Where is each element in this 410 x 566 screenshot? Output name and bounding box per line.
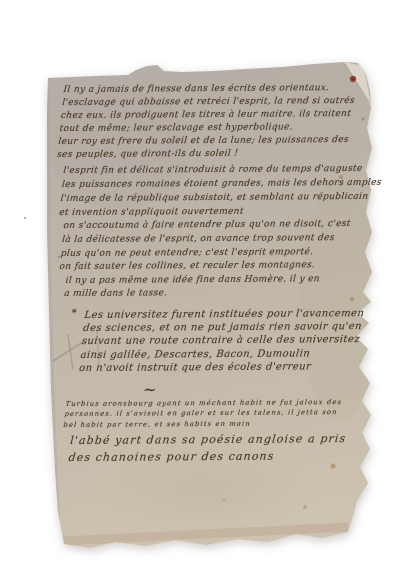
manuscript-line: bel habit par terre, et ses habits en ma… bbox=[63, 418, 341, 430]
tilde-separator: ~ bbox=[142, 380, 157, 399]
manuscript-line: des chanoines pour des canons bbox=[68, 448, 346, 466]
manuscript-paragraph-delicatesse: on s'accoutuma à faire entendre plus qu'… bbox=[59, 218, 352, 275]
manuscript-line: il ny a pas même une idée fine dans Homè… bbox=[65, 273, 321, 288]
manuscript-paragraph-rome: l'esprit fin et délicat s'introduisit à … bbox=[59, 162, 384, 220]
manuscript-line: on n'avoit instruit que des écoles d'err… bbox=[79, 360, 360, 375]
manuscript-line: l'abbé yart dans sa poésie angloise a pr… bbox=[69, 431, 347, 449]
manuscript-photograph: Il ny a jamais de finesse dans les écrit… bbox=[0, 0, 410, 566]
stain-spot bbox=[330, 463, 335, 468]
manuscript-paragraph-yart: l'abbé yart dans sa poésie angloise a pr… bbox=[68, 431, 347, 466]
stain-spot bbox=[362, 118, 365, 121]
manuscript-paragraph-orientaux: Il ny a jamais de finesse dans les écrit… bbox=[56, 82, 356, 163]
wax-seal-spot-core bbox=[352, 78, 355, 81]
stain-spot bbox=[223, 499, 226, 502]
manuscript-paragraph-homere: il ny a pas même une idée fine dans Homè… bbox=[63, 273, 320, 301]
manuscript-paragraph-universites: Les universitez furent instituées pour l… bbox=[79, 307, 365, 375]
manuscript-paragraph-turbius: Turbius aronsbourg ayant un méchant habi… bbox=[63, 397, 343, 430]
manuscript-line: a mille dans le tasse. bbox=[63, 286, 319, 301]
asterisk-marker: * bbox=[71, 308, 77, 319]
background-speck bbox=[24, 217, 26, 219]
manuscript-line: ses peuples, que diront-ils du soleil ! bbox=[56, 147, 350, 162]
manuscript-line: chez eux. ils prodiguent les titres à le… bbox=[60, 108, 354, 123]
manuscript-line: leur roy est frere du soleil et de la lu… bbox=[58, 134, 352, 149]
stain-spot bbox=[350, 297, 354, 301]
manuscript-line: suivant une route contraire à celle des … bbox=[81, 333, 362, 348]
manuscript-line: personnes. il s'avisoit en galer et sur … bbox=[64, 407, 342, 419]
manuscript-line: l'image de la république subsistoit, et … bbox=[60, 190, 381, 206]
stain-spot bbox=[303, 505, 307, 509]
manuscript-line: là la délicatesse de l'esprit, on avance… bbox=[61, 232, 350, 248]
